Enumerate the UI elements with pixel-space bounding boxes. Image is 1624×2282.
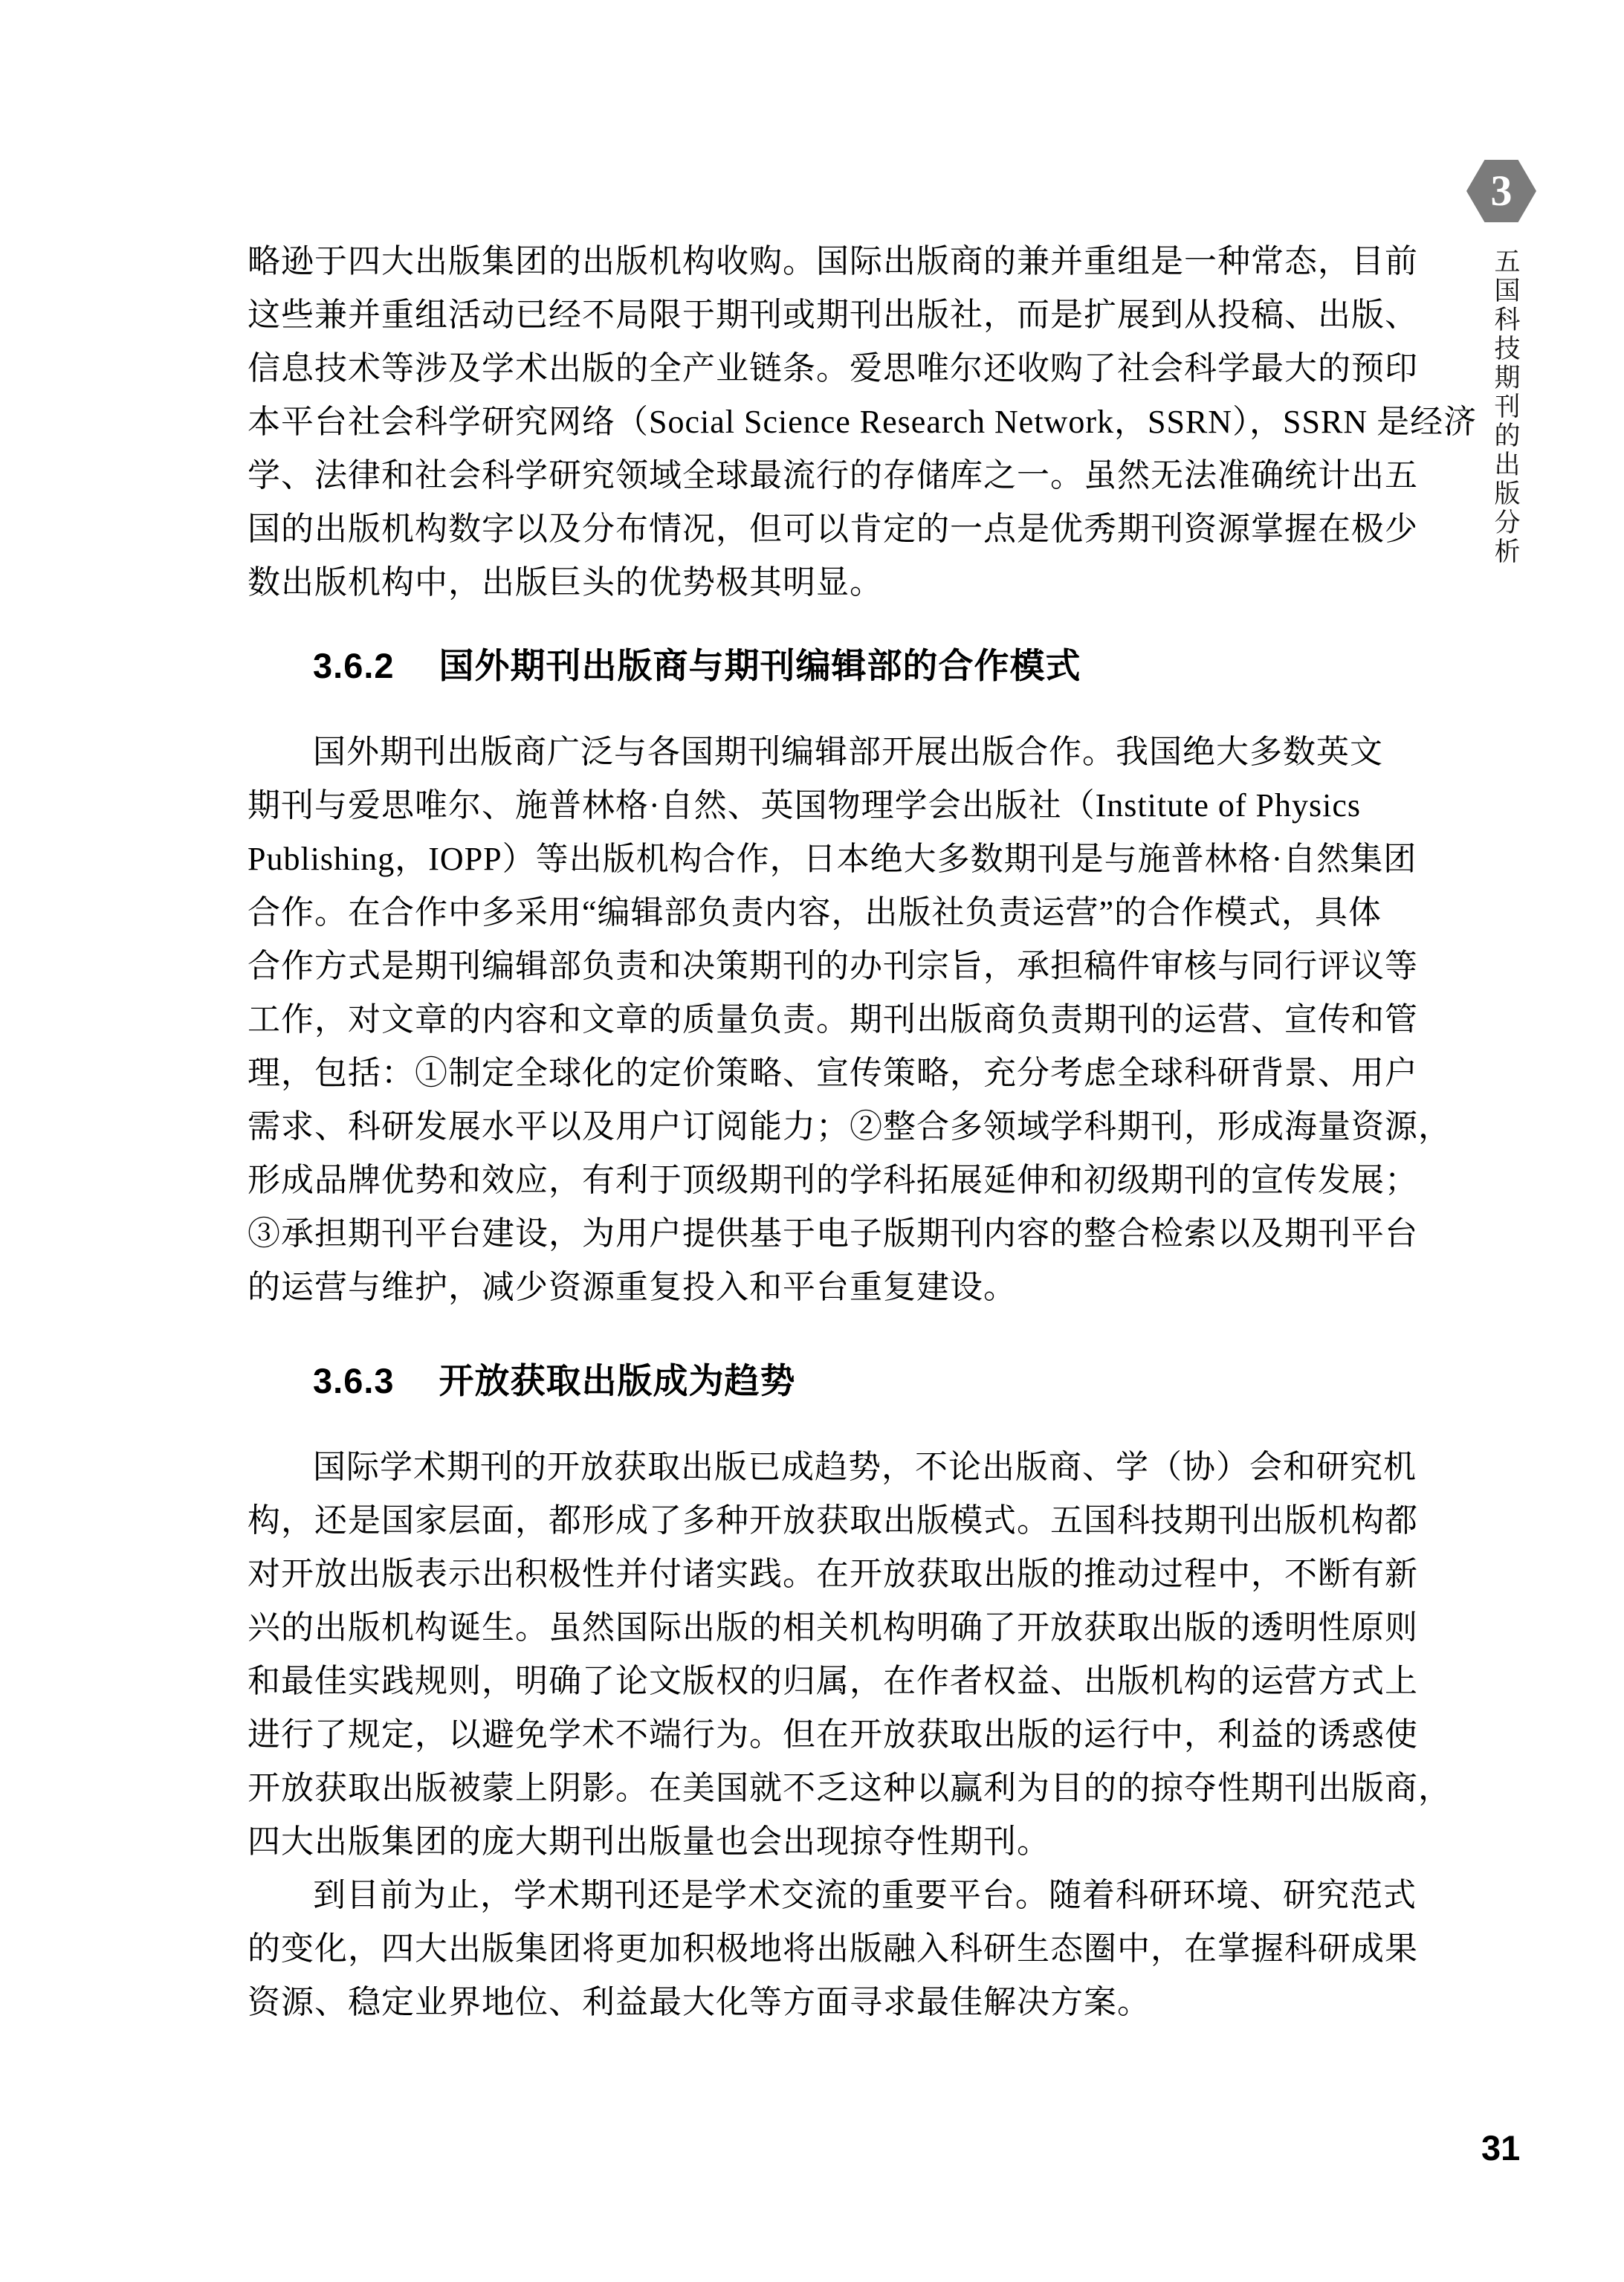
book-page: 3 五国科技期刊的出版分析 略逊于四大出版集团的出版机构收购。国际出版商的兼并重… [0,0,1624,2282]
text-line: 本平台社会科学研究网络（Social Science Research Netw… [248,395,1408,449]
text-line: 资源、稳定业界地位、利益最大化等方面寻求最佳解决方案。 [248,1976,1408,2029]
page-number: 31 [1481,2130,1520,2165]
paragraph: 国外期刊出版商广泛与各国期刊编辑部开展出版合作。我国绝大多数英文期刊与爱思唯尔、… [248,725,1408,1314]
paragraph: 略逊于四大出版集团的出版机构收购。国际出版商的兼并重组是一种常态，目前这些兼并重… [248,235,1408,610]
text-line: 需求、科研发展水平以及用户订阅能力；②整合多领域学科期刊，形成海量资源， [248,1100,1408,1154]
text-line: 和最佳实践规则，明确了论文版权的归属，在作者权益、出版机构的运营方式上 [248,1655,1408,1708]
text-line: 的运营与维护，减少资源重复投入和平台重复建设。 [248,1261,1408,1314]
text-line: 合作。在合作中多采用“编辑部负责内容，出版社负责运营”的合作模式，具体 [248,886,1408,940]
section-heading-362: 3.6.2国外期刊出版商与期刊编辑部的合作模式 [248,642,1408,690]
text-line: 的变化，四大出版集团将更加积极地将出版融入科研生态圈中，在掌握科研成果 [248,1922,1408,1976]
section-heading-title: 国外期刊出版商与期刊编辑部的合作模式 [439,646,1081,685]
text-line: 到目前为止，学术期刊还是学术交流的重要平台。随着科研环境、研究范式 [248,1869,1408,1922]
section-heading-title: 开放获取出版成为趋势 [439,1361,796,1400]
paragraph: 国际学术期刊的开放获取出版已成趋势，不论出版商、学（协）会和研究机构，还是国家层… [248,1441,1408,1869]
text-line: 兴的出版机构诞生。虽然国际出版的相关机构明确了开放获取出版的透明性原则 [248,1601,1408,1655]
text-line: 国的出版机构数字以及分布情况，但可以肯定的一点是优秀期刊资源掌握在极少 [248,502,1408,556]
text-line: 学、法律和社会科学研究领域全球最流行的存储库之一。虽然无法准确统计出五 [248,449,1408,502]
chapter-number: 3 [1491,169,1513,213]
text-line: 对开放出版表示出积极性并付诸实践。在开放获取出版的推动过程中，不断有新 [248,1548,1408,1601]
text-line: 合作方式是期刊编辑部负责和决策期刊的办刊宗旨，承担稿件审核与同行评议等 [248,940,1408,993]
text-line: 国际学术期刊的开放获取出版已成趋势，不论出版商、学（协）会和研究机 [248,1441,1408,1494]
text-line: Publishing，IOPP）等出版机构合作，日本绝大多数期刊是与施普林格·自… [248,833,1408,886]
text-line: 四大出版集团的庞大期刊出版量也会出现掠夺性期刊。 [248,1815,1408,1869]
text-line: 理，包括：①制定全球化的定价策略、宣传策略，充分考虑全球科研背景、用户 [248,1047,1408,1100]
text-line: 国外期刊出版商广泛与各国期刊编辑部开展出版合作。我国绝大多数英文 [248,725,1408,779]
text-line: ③承担期刊平台建设，为用户提供基于电子版期刊内容的整合检索以及期刊平台 [248,1207,1408,1261]
text-line: 略逊于四大出版集团的出版机构收购。国际出版商的兼并重组是一种常态，目前 [248,235,1408,288]
text-line: 开放获取出版被蒙上阴影。在美国就不乏这种以赢利为目的的掠夺性期刊出版商， [248,1762,1408,1815]
content-column: 略逊于四大出版集团的出版机构收购。国际出版商的兼并重组是一种常态，目前这些兼并重… [248,235,1408,2029]
text-line: 信息技术等涉及学术出版的全产业链条。爱思唯尔还收购了社会科学最大的预印 [248,342,1408,395]
text-line: 形成品牌优势和效应，有利于顶级期刊的学科拓展延伸和初级期刊的宣传发展； [248,1154,1408,1207]
text-line: 进行了规定，以避免学术不端行为。但在开放获取出版的运行中，利益的诱惑使 [248,1708,1408,1762]
text-line: 期刊与爱思唯尔、施普林格·自然、英国物理学会出版社（Institute of P… [248,779,1408,833]
section-heading-363: 3.6.3开放获取出版成为趋势 [248,1357,1408,1405]
text-line: 构，还是国家层面，都形成了多种开放获取出版模式。五国科技期刊出版机构都 [248,1494,1408,1548]
chapter-title-vertical: 五国科技期刊的出版分析 [1486,248,1524,566]
chapter-hexagon-badge: 3 [1466,160,1536,222]
text-line: 数出版机构中，出版巨头的优势极其明显。 [248,556,1408,610]
text-line: 工作，对文章的内容和文章的质量负责。期刊出版商负责期刊的运营、宣传和管 [248,993,1408,1047]
text-line: 这些兼并重组活动已经不局限于期刊或期刊出版社，而是扩展到从投稿、出版、 [248,288,1408,342]
section-heading-number: 3.6.3 [313,1361,395,1400]
paragraph: 到目前为止，学术期刊还是学术交流的重要平台。随着科研环境、研究范式的变化，四大出… [248,1869,1408,2029]
section-heading-number: 3.6.2 [313,646,395,685]
